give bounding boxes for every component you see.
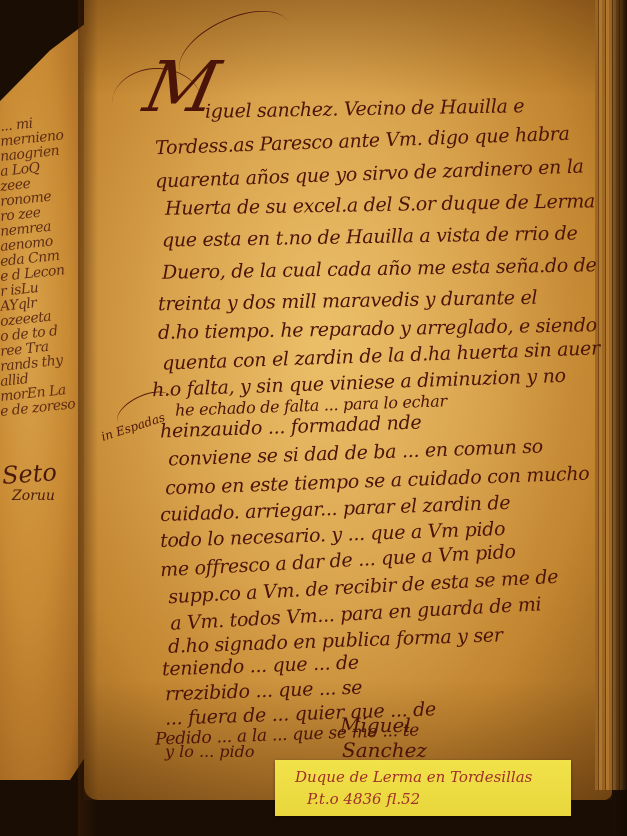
- archive-label: Duque de Lerma en Tordesillas P.t.o 4836…: [275, 760, 571, 816]
- signature-last-name: Sanchez: [342, 738, 427, 762]
- archive-label-title: Duque de Lerma en Tordesillas: [295, 768, 532, 786]
- book-gutter: [78, 0, 98, 836]
- manuscript-photo: ... mi mernieno naogrien a LoQ zeee rono…: [0, 0, 627, 836]
- closing-line: y lo ... pido: [165, 742, 255, 761]
- archive-label-reference: P.t.o 4836 fl.52: [307, 790, 420, 808]
- left-margin-note: Seto: [1, 458, 58, 490]
- left-margin-note-sub: Zoruu: [12, 488, 55, 504]
- page-edge-shadow: [612, 0, 627, 836]
- signature-first-name: Miguel: [340, 713, 411, 737]
